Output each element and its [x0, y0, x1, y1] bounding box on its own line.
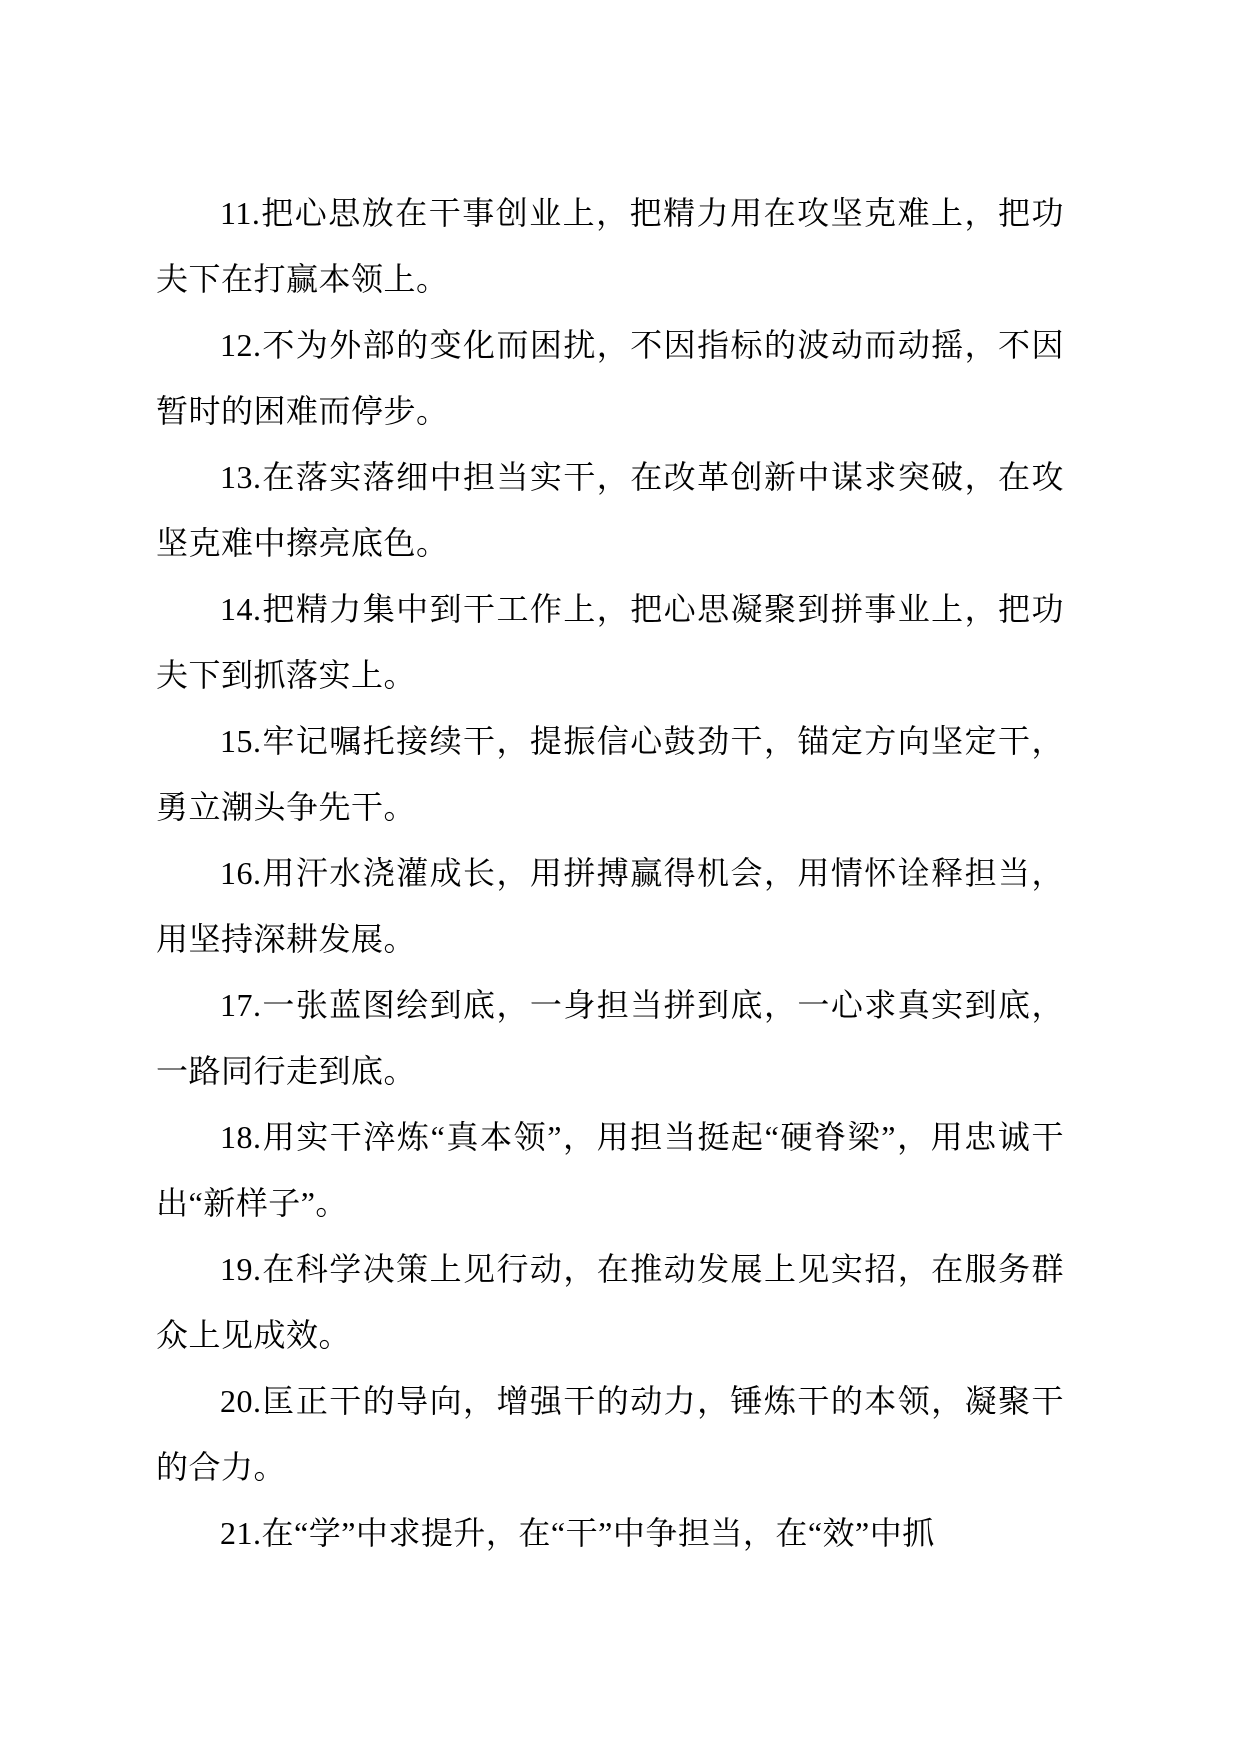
list-item: 20.匡正干的导向，增强干的动力，锤炼干的本领，凝聚干的合力。 — [156, 1368, 1064, 1500]
item-text: 把精力集中到干工作上，把心思凝聚到拼事业上，把功夫下到抓落实上。 — [156, 591, 1064, 693]
item-number: 15. — [220, 723, 262, 759]
item-text: 用实干淬炼“真本领”，用担当挺起“硬脊梁”，用忠诚干出“新样子”。 — [156, 1119, 1064, 1221]
item-text: 牢记嘱托接续干，提振信心鼓劲干，锚定方向坚定干，勇立潮头争先干。 — [156, 723, 1064, 825]
list-item: 16.用汗水浇灌成长，用拼搏赢得机会，用情怀诠释担当，用坚持深耕发展。 — [156, 840, 1064, 972]
item-number: 14. — [220, 591, 262, 627]
item-number: 21. — [220, 1515, 262, 1551]
document-page: 11.把心思放在干事创业上，把精力用在攻坚克难上，把功夫下在打赢本领上。 12.… — [0, 0, 1240, 1754]
item-text: 不为外部的变化而困扰，不因指标的波动而动摇，不因暂时的困难而停步。 — [156, 327, 1064, 429]
item-number: 11. — [220, 195, 260, 231]
item-text: 用汗水浇灌成长，用拼搏赢得机会，用情怀诠释担当，用坚持深耕发展。 — [156, 855, 1064, 957]
list-item: 21.在“学”中求提升，在“干”中争担当，在“效”中抓 — [156, 1500, 1064, 1566]
item-text: 把心思放在干事创业上，把精力用在攻坚克难上，把功夫下在打赢本领上。 — [156, 195, 1064, 297]
list-item: 13.在落实落细中担当实干，在改革创新中谋求突破，在攻坚克难中擦亮底色。 — [156, 444, 1064, 576]
item-number: 18. — [220, 1119, 262, 1155]
item-number: 13. — [220, 459, 262, 495]
list-item: 15.牢记嘱托接续干，提振信心鼓劲干，锚定方向坚定干，勇立潮头争先干。 — [156, 708, 1064, 840]
item-number: 12. — [220, 327, 262, 363]
list-item: 18.用实干淬炼“真本领”，用担当挺起“硬脊梁”，用忠诚干出“新样子”。 — [156, 1104, 1064, 1236]
item-number: 17. — [220, 987, 262, 1023]
item-text: 在“学”中求提升，在“干”中争担当，在“效”中抓 — [262, 1515, 935, 1551]
list-item: 19.在科学决策上见行动，在推动发展上见实招，在服务群众上见成效。 — [156, 1236, 1064, 1368]
item-number: 16. — [220, 855, 262, 891]
item-number: 20. — [220, 1383, 262, 1419]
document-body: 11.把心思放在干事创业上，把精力用在攻坚克难上，把功夫下在打赢本领上。 12.… — [156, 180, 1064, 1566]
item-text: 匡正干的导向，增强干的动力，锤炼干的本领，凝聚干的合力。 — [156, 1383, 1064, 1485]
list-item: 11.把心思放在干事创业上，把精力用在攻坚克难上，把功夫下在打赢本领上。 — [156, 180, 1064, 312]
item-number: 19. — [220, 1251, 262, 1287]
list-item: 12.不为外部的变化而困扰，不因指标的波动而动摇，不因暂时的困难而停步。 — [156, 312, 1064, 444]
item-text: 一张蓝图绘到底，一身担当拼到底，一心求真实到底，一路同行走到底。 — [156, 987, 1064, 1089]
item-text: 在落实落细中担当实干，在改革创新中谋求突破，在攻坚克难中擦亮底色。 — [156, 459, 1064, 561]
list-item: 17.一张蓝图绘到底，一身担当拼到底，一心求真实到底，一路同行走到底。 — [156, 972, 1064, 1104]
item-text: 在科学决策上见行动，在推动发展上见实招，在服务群众上见成效。 — [156, 1251, 1064, 1353]
list-item: 14.把精力集中到干工作上，把心思凝聚到拼事业上，把功夫下到抓落实上。 — [156, 576, 1064, 708]
